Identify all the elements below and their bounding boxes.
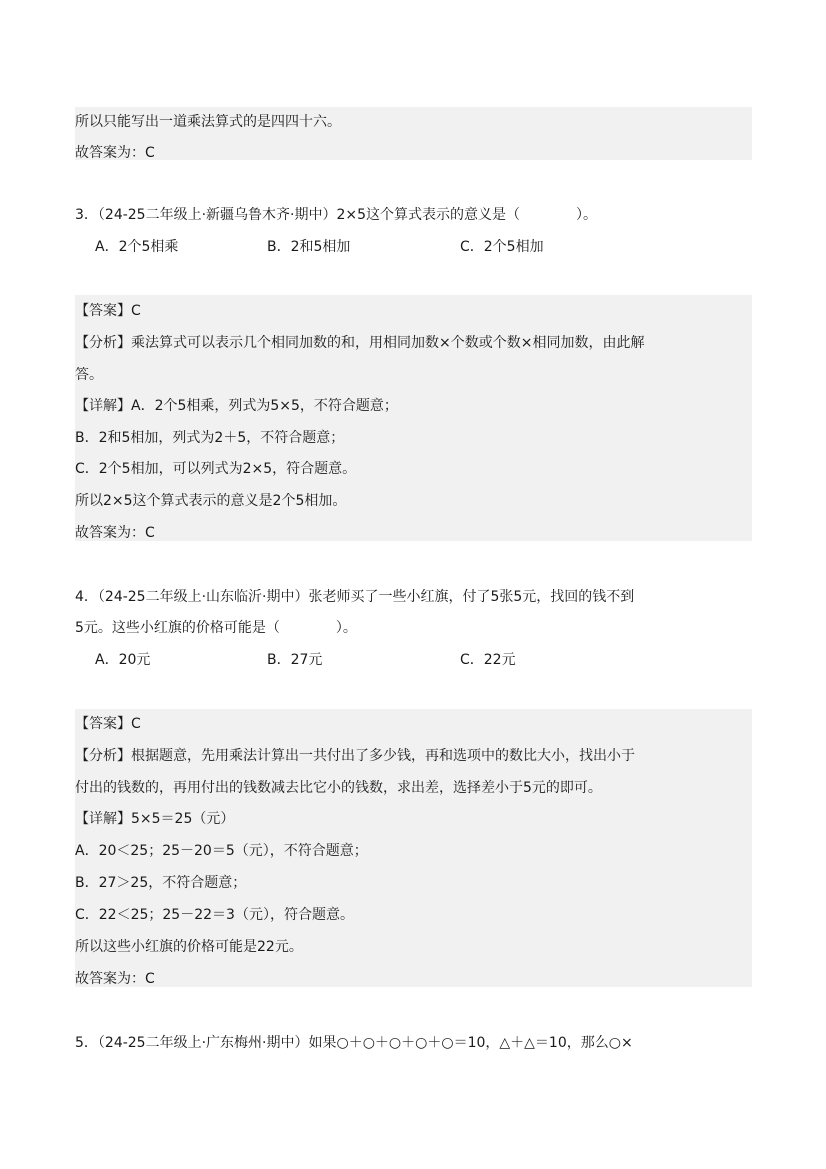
q3-option-b: B．2和5相加 [267,237,350,257]
q3-answer-line: 【答案】C [75,301,141,321]
q3-options: A．2个5相乘 B．2和5相加 C．2个5相加 [95,237,695,257]
q4-detail-line1: 【详解】5×5＝25（元） [75,809,234,829]
q3-stem: 3．（24-25二年级上·新疆乌鲁木齐·期中）2×5这个算式表示的意义是（ ）。 [75,205,597,225]
q3-analysis-line2: 答。 [75,365,103,385]
prev-answer-box: 所以只能写出一道乘法算式的是四四十六。 故答案为：C [75,107,752,160]
q4-options: A．20元 B．27元 C．22元 [95,650,695,670]
q4-answer-line: 【答案】C [75,714,141,734]
q4-stem-line1: 4．（24-25二年级上·山东临沂·期中）张老师买了一些小红旗，付了5张5元，找… [75,587,634,607]
q4-answer-box: 【答案】C 【分析】根据题意，先用乘法计算出一共付出了多少钱，再和选项中的数比大… [75,709,752,987]
document-page: 所以只能写出一道乘法算式的是四四十六。 故答案为：C 3．（24-25二年级上·… [0,0,826,1169]
q4-analysis-line1: 【分析】根据题意，先用乘法计算出一共付出了多少钱，再和选项中的数比大小，找出小于 [75,746,635,766]
q3-answer-box: 【答案】C 【分析】乘法算式可以表示几个相同加数的和，用相同加数×个数或个数×相… [75,295,752,541]
q3-detail-line1: 【详解】A．2个5相乘，列式为5×5，不符合题意； [75,396,398,416]
q4-stem-line2: 5元。这些小红旗的价格可能是（ ）。 [75,618,357,638]
q3-option-a: A．2个5相乘 [95,237,178,257]
prev-answer-conclusion: 所以只能写出一道乘法算式的是四四十六。 [75,112,341,132]
q3-detail-line3: C．2个5相加，可以列式为2×5，符合题意。 [75,459,356,479]
q4-detail-line3: B．27＞25，不符合题意； [75,873,246,893]
q4-final-answer: 故答案为：C [75,969,155,989]
q4-detail-line5: 所以这些小红旗的价格可能是22元。 [75,937,303,957]
q3-final-answer: 故答案为：C [75,523,155,543]
q3-detail-line4: 所以2×5这个算式表示的意义是2个5相加。 [75,491,346,511]
q4-detail-line4: C．22＜25；25－22＝3（元），符合题意。 [75,905,354,925]
q4-option-c: C．22元 [460,650,516,670]
prev-answer-final: 故答案为：C [75,143,155,163]
q4-detail-line2: A．20＜25；25－20＝5（元），不符合题意； [75,841,368,861]
q4-option-b: B．27元 [267,650,322,670]
q3-analysis-line1: 【分析】乘法算式可以表示几个相同加数的和，用相同加数×个数或个数×相同加数，由此… [75,333,644,353]
q3-detail-line2: B．2和5相加，列式为2＋5，不符合题意； [75,428,344,448]
q4-option-a: A．20元 [95,650,150,670]
q4-analysis-line2: 付出的钱数的，再用付出的钱数减去比它小的钱数，求出差，选择差小于5元的即可。 [75,778,602,798]
q5-stem-line1: 5．（24-25二年级上·广东梅州·期中）如果○＋○＋○＋○＋○＝10，△＋△＝… [75,1033,633,1053]
q3-option-c: C．2个5相加 [460,237,544,257]
